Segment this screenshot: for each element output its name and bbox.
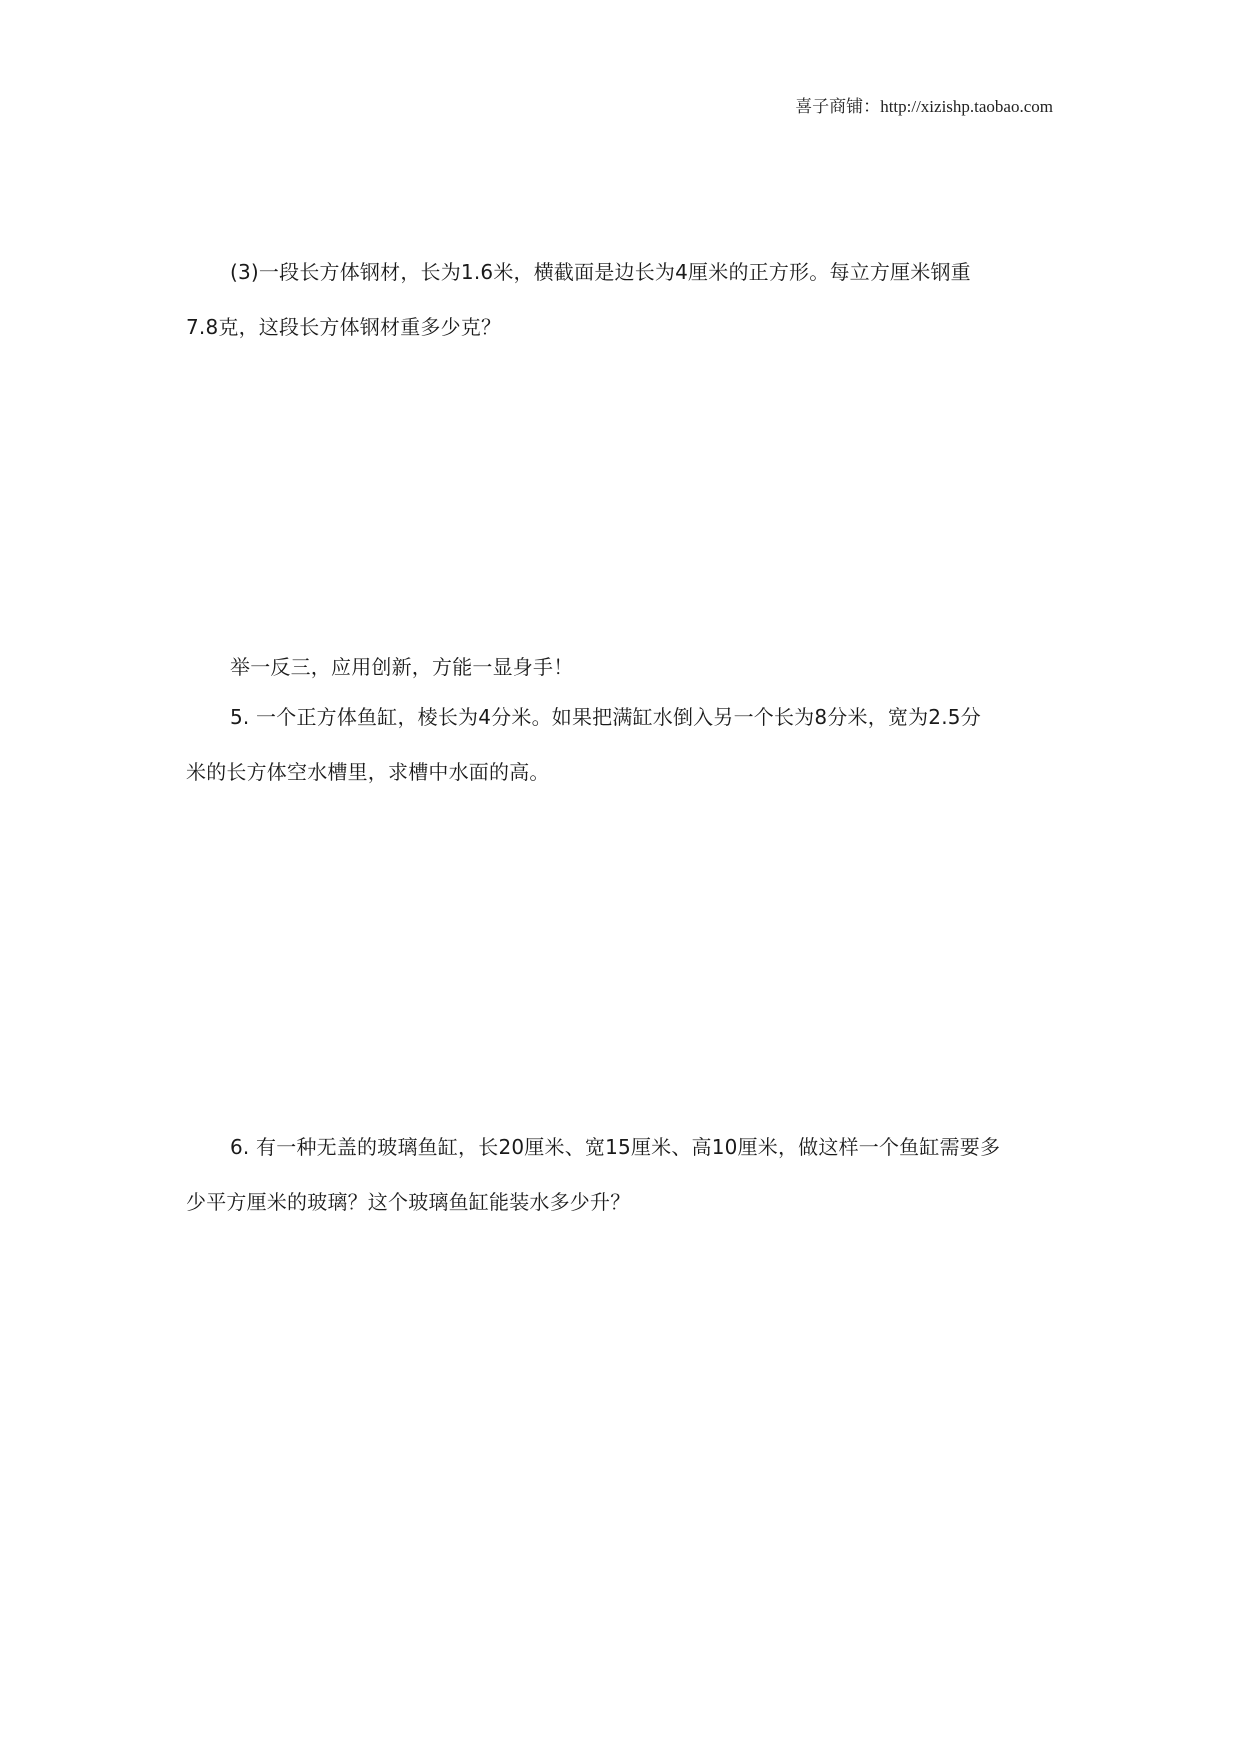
question-3: (3)一段长方体钢材，长为1.6米，横截面是边长为4厘米的正方形。每立方厘米钢重…	[186, 245, 1056, 355]
question-5: 5. 一个正方体鱼缸，棱长为4分米。如果把满缸水倒入另一个长为8分米，宽为2.5…	[186, 690, 1056, 800]
section-heading-text: 举一反三，应用创新，方能一显身手！	[186, 640, 1056, 695]
question-3-line-1: (3)一段长方体钢材，长为1.6米，横截面是边长为4厘米的正方形。每立方厘米钢重	[186, 245, 1056, 300]
question-6-line-2: 少平方厘米的玻璃？这个玻璃鱼缸能装水多少升？	[186, 1175, 1056, 1230]
question-6-line-1: 6. 有一种无盖的玻璃鱼缸，长20厘米、宽15厘米、高10厘米，做这样一个鱼缸需…	[186, 1120, 1056, 1175]
section-heading: 举一反三，应用创新，方能一显身手！	[186, 640, 1056, 695]
question-5-line-1: 5. 一个正方体鱼缸，棱长为4分米。如果把满缸水倒入另一个长为8分米，宽为2.5…	[186, 690, 1056, 745]
question-3-line-2: 7.8克，这段长方体钢材重多少克？	[186, 300, 1056, 355]
question-6: 6. 有一种无盖的玻璃鱼缸，长20厘米、宽15厘米、高10厘米，做这样一个鱼缸需…	[186, 1120, 1056, 1230]
shop-url: http://xizishp.taobao.com	[880, 97, 1053, 116]
question-5-line-2: 米的长方体空水槽里，求槽中水面的高。	[186, 745, 1056, 800]
page-header: 喜子商铺：http://xizishp.taobao.com	[795, 92, 1053, 117]
shop-label: 喜子商铺：	[795, 97, 880, 116]
